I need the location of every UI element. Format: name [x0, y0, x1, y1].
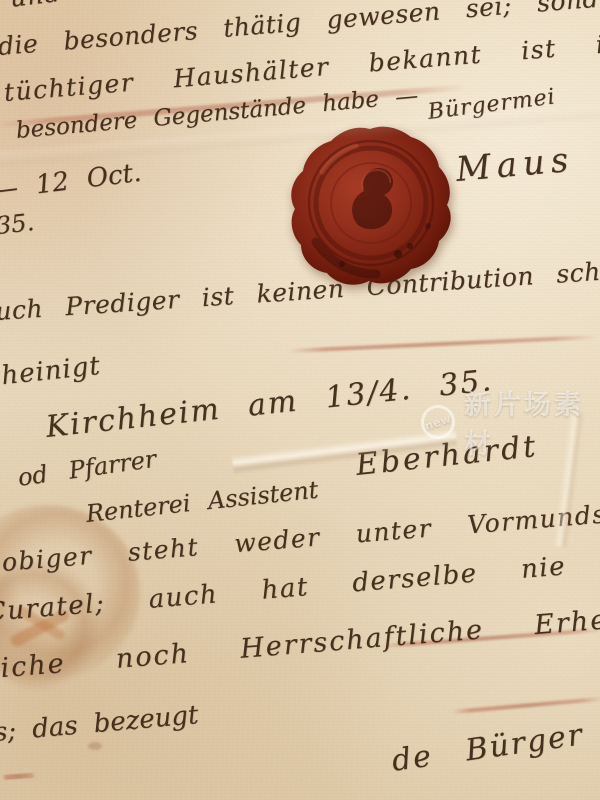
seal-speck	[339, 261, 345, 267]
handwriting-line: de Bürger	[390, 717, 587, 779]
watermark: new 新片场素材	[421, 383, 600, 461]
handwriting-line: bescheinigt	[0, 351, 102, 398]
handwriting-line: od Pfarrer	[16, 445, 158, 492]
handwriting-line: 35.	[0, 208, 35, 240]
watermark-new-badge-icon: new	[417, 401, 460, 444]
seal-speck	[425, 223, 431, 229]
red-pencil-mark	[288, 335, 598, 353]
wax-seal	[286, 122, 458, 290]
red-pencil-mark	[2, 773, 36, 780]
seal-speck	[407, 243, 413, 249]
handwriting-line: s; das bezeugt	[0, 700, 200, 748]
wax-seal-graphic	[286, 122, 458, 290]
seal-speck	[394, 250, 402, 258]
paper-stain	[88, 742, 102, 750]
red-pencil-mark	[452, 697, 600, 714]
watermark-badge-label: new	[423, 412, 453, 433]
handwriting-line: Renterei Assistent	[85, 476, 320, 528]
watermark-text: 新片场素材	[464, 383, 600, 461]
signature: Maus	[454, 140, 575, 190]
handwriting-line: — 12 Oct.	[0, 158, 143, 206]
manuscript-photo: und andurch bezeugt, die besonders thäti…	[0, 0, 600, 800]
